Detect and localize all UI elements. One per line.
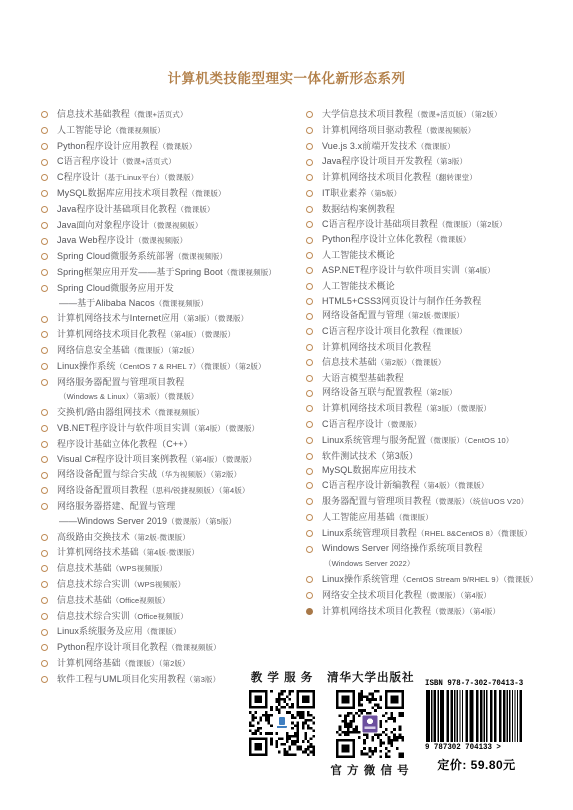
circle-bullet-icon	[306, 359, 313, 366]
book-title: Linux系统管理与服务配置（微课版）（CentOS 10）	[322, 433, 573, 449]
circle-bullet-icon	[41, 409, 48, 416]
edition-note: （微课版）	[201, 330, 235, 339]
edition-note: （第4版·微课版）	[139, 548, 199, 557]
book-title: 高级路由交换技术（第2版·微课版）	[57, 530, 305, 546]
edition-note: （微课版）	[130, 346, 168, 355]
book-list-item: Linux系统服务及应用（微课版）	[40, 624, 305, 640]
book-list-item: 网络设备配置与综合实战（华为视频版）（第2版）	[40, 467, 305, 483]
series-title: 计算机类技能型理实一体化新形态系列	[0, 67, 573, 87]
book-list-item: 程序设计基础立体化教程（C++）	[40, 437, 305, 452]
circle-bullet-icon	[306, 252, 313, 259]
edition-note: （微课版）	[422, 591, 460, 600]
book-list-item: C程序设计（基于Linux平台）（微课版）	[40, 170, 305, 186]
book-list-item: Python程序设计应用教程（微课版）	[40, 139, 305, 155]
publisher-label: 清华大学出版社	[327, 669, 413, 685]
circle-bullet-icon	[306, 206, 313, 213]
book-list-item: 网络设备配置与管理（第2版·微课版）	[305, 308, 573, 324]
book-title: Python程序设计项目化教程（微课视频版）	[57, 640, 305, 656]
book-title: 信息技术综合实训（WPS视频版）	[57, 577, 305, 593]
book-list-item: Linux系统管理与服务配置（微课版）（CentOS 10）	[305, 433, 573, 449]
edition-note: （微课版）	[177, 205, 215, 214]
book-list-item: Spring Cloud微服务应用开发——基于Alibaba Nacos（微课视…	[40, 281, 305, 312]
circle-bullet-icon	[41, 644, 48, 651]
edition-note: （第4版）	[460, 591, 491, 600]
edition-note: （第2版·微课版）	[130, 533, 190, 542]
book-list-item: IT职业素养（第5版）	[305, 186, 573, 202]
book-list-item: Python程序设计项目化教程（微课视频版）	[40, 640, 305, 656]
filled-bullet-icon	[306, 608, 313, 615]
book-list-item: Java面向对象程序设计（微课视频版）	[40, 218, 305, 234]
circle-bullet-icon	[306, 143, 313, 150]
book-list-item: 计算机网络技术项目化教程（第4版）（微课版）	[40, 327, 305, 343]
circle-bullet-icon	[306, 328, 313, 335]
circle-bullet-icon	[41, 159, 48, 166]
edition-note: （微课版）	[431, 607, 469, 616]
book-list-item: MySQL数据库应用技术项目教程（微课版）	[40, 186, 305, 202]
edition-note: （第2版）	[235, 362, 266, 371]
book-title: HTML5+CSS3网页设计与制作任务教程	[322, 294, 573, 309]
edition-note: （微课视频版）	[134, 236, 187, 245]
book-list-item: Java程序设计项目开发教程（第3版）	[305, 154, 573, 170]
edition-note: （微课版）	[200, 362, 234, 371]
circle-bullet-icon	[41, 534, 48, 541]
book-list-item: 数据结构案例教程	[305, 202, 573, 217]
book-title: 计算机网络技术项目教程（第3版）（微课版）	[322, 401, 573, 417]
circle-bullet-icon	[41, 565, 48, 572]
book-title: 信息技术基础（Office视频版）	[57, 593, 305, 609]
circle-bullet-icon	[41, 111, 48, 118]
book-title: 网络设备配置与管理（第2版·微课版）	[322, 308, 573, 324]
book-list-item: 信息技术基础（WPS视频版）	[40, 561, 305, 577]
book-title: 网络安全技术项目化教程（微课版）（第4版）	[322, 588, 573, 604]
book-title: 大语言模型基础教程	[322, 371, 573, 386]
book-title-continuation: （Windows Server 2022）	[322, 556, 573, 572]
isbn-number: ISBN 978-7-302-70413-3	[425, 679, 521, 688]
circle-bullet-icon	[41, 425, 48, 432]
book-title: C语言程序设计基础项目教程（微课版）（第2版）	[322, 217, 573, 233]
edition-note: （微课版）	[438, 220, 476, 229]
edition-note: （统信UOS V20）	[469, 497, 528, 506]
circle-bullet-icon	[306, 221, 313, 228]
circle-bullet-icon	[41, 206, 48, 213]
edition-note: （第3版）	[432, 157, 467, 166]
book-list-item: 计算机网络技术项目教程（第3版）（微课版）	[305, 401, 573, 417]
book-list-item: 网络信息安全基础（微课版）（第2版）	[40, 343, 305, 359]
edition-note: （微课版）	[429, 327, 467, 336]
circle-bullet-icon	[306, 237, 313, 244]
circle-bullet-icon	[306, 390, 313, 397]
circle-bullet-icon	[306, 298, 313, 305]
book-list-item: 信息技术综合实训（Office视频版）	[40, 609, 305, 625]
edition-note: （微课+活页版）	[413, 110, 471, 119]
edition-note: （微课版）	[431, 497, 469, 506]
book-list-item: 信息技术基础（Office视频版）	[40, 593, 305, 609]
circle-bullet-icon	[41, 347, 48, 354]
circle-bullet-icon	[41, 174, 48, 181]
book-list-item: C语言程序设计基础项目教程（微课版）（第2版）	[305, 217, 573, 233]
edition-note: （微课+活页式）	[118, 157, 176, 166]
circle-bullet-icon	[306, 190, 313, 197]
teaching-service-qr-code	[249, 690, 315, 756]
book-list-item: 高级路由交换技术（第2版·微课版）	[40, 530, 305, 546]
edition-note: （微课视频版）	[112, 126, 165, 135]
book-list-item: Java程序设计基础项目化教程（微课版）	[40, 202, 305, 218]
circle-bullet-icon	[306, 313, 313, 320]
circle-bullet-icon	[41, 190, 48, 197]
edition-note: （第2版）	[168, 346, 199, 355]
barcode-digits: 9 787302 704133 >	[425, 743, 521, 752]
edition-note: （微课版）	[383, 420, 421, 429]
circle-bullet-icon	[306, 592, 313, 599]
book-title: 程序设计基础立体化教程（C++）	[57, 437, 305, 452]
edition-note: （第4版）	[469, 607, 500, 616]
edition-note: （第3版）	[422, 404, 457, 413]
book-title: 计算机网络技术基础（第4版·微课版）	[57, 545, 305, 561]
edition-note: （CentOS Stream 9/RHEL 9）	[399, 575, 504, 584]
circle-bullet-icon	[41, 331, 48, 338]
edition-note: （微课版）	[426, 436, 464, 445]
book-title: 网络设备配置与综合实战（华为视频版）（第2版）	[57, 467, 305, 483]
circle-bullet-icon	[306, 530, 313, 537]
edition-note: （第2版）	[377, 358, 412, 367]
edition-note: （Windows & Linux）	[59, 392, 133, 401]
publisher-wechat-qr-code	[336, 690, 404, 758]
book-list-item: 人工智能技术概论	[305, 279, 573, 294]
book-list-columns: 信息技术基础教程（微课+活页式）人工智能导论（微课视频版）Python程序设计应…	[40, 107, 573, 687]
circle-bullet-icon	[41, 127, 48, 134]
book-title: 计算机网络技术项目化教程（第4版）（微课版）	[57, 327, 305, 343]
circle-bullet-icon	[306, 283, 313, 290]
edition-note: （第2版）	[471, 110, 502, 119]
book-title: 网络设备配置项目教程（思科/锐捷视频版）（第4版）	[57, 483, 305, 499]
circle-bullet-icon	[41, 269, 48, 276]
circle-bullet-icon	[41, 316, 48, 323]
edition-note: （微课版）	[395, 513, 433, 522]
edition-note: （第2版）	[422, 388, 457, 397]
circle-bullet-icon	[41, 379, 48, 386]
book-list-right: 大学信息技术项目教程（微课+活页版）（第2版）计算机网络项目驱动教程（微课视频版…	[305, 107, 573, 687]
edition-note: （Office视频版）	[130, 612, 188, 621]
book-list-item: 网络安全技术项目化教程（微课版）（第4版）	[305, 588, 573, 604]
book-title: VB.NET程序设计与软件项目实训（第4版）（微课版）	[57, 421, 305, 437]
book-list-item: 大语言模型基础教程	[305, 371, 573, 386]
book-list-item: 计算机网络技术项目化教程（翻转课堂）	[305, 170, 573, 186]
book-title: Java Web程序设计（微课视频版）	[57, 233, 305, 249]
teaching-service-label: 教 学 服 务	[243, 669, 321, 685]
book-title: Python程序设计应用教程（微课版）	[57, 139, 305, 155]
circle-bullet-icon	[306, 174, 313, 181]
circle-bullet-icon	[306, 344, 313, 351]
edition-note: （微课视频版）	[151, 408, 204, 417]
circle-bullet-icon	[306, 576, 313, 583]
circle-bullet-icon	[41, 629, 48, 636]
edition-note: （微课+活页式）	[130, 110, 188, 119]
edition-note: （微课版）	[222, 455, 256, 464]
edition-note: （微课版）	[158, 142, 196, 151]
book-title: Java程序设计项目开发教程（第3版）	[322, 154, 573, 170]
book-list-item: MySQL数据库应用技术	[305, 463, 573, 478]
book-title: 网络信息安全基础（微课版）（第2版）	[57, 343, 305, 359]
edition-note: （微课版）	[143, 627, 181, 636]
book-list-item: 信息技术综合实训（WPS视频版）	[40, 577, 305, 593]
book-list-item: Python程序设计立体化教程（微课版）	[305, 232, 573, 248]
circle-bullet-icon	[41, 363, 48, 370]
book-title-continuation: ——基于Alibaba Nacos（微课视频版）	[57, 296, 305, 312]
edition-note: （第4版）	[420, 481, 455, 490]
book-list-item: ASP.NET程序设计与软件项目实训（第4版）	[305, 263, 573, 279]
edition-note: （第2版）	[476, 220, 507, 229]
circle-bullet-icon	[41, 581, 48, 588]
book-list-item: HTML5+CSS3网页设计与制作任务教程	[305, 294, 573, 309]
book-title: Spring框架应用开发——基于Spring Boot（微课视频版）	[57, 265, 305, 281]
edition-note: （第4版）	[219, 486, 250, 495]
book-title: Linux操作系统管理（CentOS Stream 9/RHEL 9）（微课版）	[322, 572, 573, 588]
book-title: Visual C#程序设计项目案例教程（第4版）（微课版）	[57, 452, 305, 468]
book-title: 信息技术基础教程（微课+活页式）	[57, 107, 305, 123]
circle-bullet-icon	[41, 472, 48, 479]
book-title: 软件测试技术（第3版）	[322, 449, 573, 464]
book-list-item: 信息技术基础教程（微课+活页式）	[40, 107, 305, 123]
book-title: Windows Server 网络操作系统项目教程	[322, 541, 573, 556]
book-title: Linux操作系统（CentOS 7 & RHEL 7）（微课版）（第2版）	[57, 359, 305, 375]
circle-bullet-icon	[41, 441, 48, 448]
circle-bullet-icon	[306, 468, 313, 475]
book-list-item: C语言程序设计（微课版）	[305, 417, 573, 433]
book-title: Linux系统服务及应用（微课版）	[57, 624, 305, 640]
circle-bullet-icon	[41, 143, 48, 150]
edition-note: （第2版）	[210, 470, 241, 479]
edition-note: （微课版）	[214, 314, 248, 323]
book-title: MySQL数据库应用技术项目教程（微课版）	[57, 186, 305, 202]
circle-bullet-icon	[306, 267, 313, 274]
edition-note: （微课视频版）	[223, 268, 276, 277]
book-title: Spring Cloud微服务应用开发	[57, 281, 305, 296]
edition-note: （第4版）	[190, 424, 225, 433]
edition-note: （基于Linux平台）	[100, 173, 164, 182]
edition-note: （CentOS 10）	[464, 436, 513, 445]
book-title: Java面向对象程序设计（微课视频版）	[57, 218, 305, 234]
edition-note: （微课版）	[457, 404, 491, 413]
book-list-item: Spring Cloud微服务系统部署（微课视频版）	[40, 249, 305, 265]
circle-bullet-icon	[41, 503, 48, 510]
isbn-block: ISBN 978-7-302-70413-3 9 787302 704133 >…	[425, 679, 528, 773]
book-title: Vue.js 3.x前端开发技术（微课版）	[322, 139, 573, 155]
edition-note: （思科/锐捷视频版）	[148, 486, 219, 495]
book-list-item: 大学信息技术项目教程（微课+活页版）（第2版）	[305, 107, 573, 123]
edition-note: （微课版）	[225, 424, 259, 433]
circle-bullet-icon	[306, 437, 313, 444]
book-title: 人工智能导论（微课视频版）	[57, 123, 305, 139]
edition-note: （微课视频版）	[422, 126, 475, 135]
book-list-item: Visual C#程序设计项目案例教程（第4版）（微课版）	[40, 452, 305, 468]
book-title: 信息技术基础（WPS视频版）	[57, 561, 305, 577]
book-title: Spring Cloud微服务系统部署（微课视频版）	[57, 249, 305, 265]
edition-note: （WPS视频版）	[112, 564, 167, 573]
circle-bullet-icon	[306, 482, 313, 489]
book-list-item: 计算机网络技术项目化教程	[305, 340, 573, 355]
book-title: 网络服务器搭建、配置与管理	[57, 499, 305, 514]
book-list-item: 人工智能应用基础（微课版）	[305, 510, 573, 526]
book-list-item: 网络设备互联与配置教程（第2版）	[305, 385, 573, 401]
book-list-item: C语言程序设计新编教程（第4版）（微课版）	[305, 478, 573, 494]
book-list-item: 人工智能技术概论	[305, 248, 573, 263]
book-list-item: 网络服务器搭建、配置与管理——Windows Server 2019（微课版）（…	[40, 499, 305, 530]
book-list-item: 人工智能导论（微课视频版）	[40, 123, 305, 139]
book-list-left: 信息技术基础教程（微课+活页式）人工智能导论（微课视频版）Python程序设计应…	[40, 107, 305, 687]
book-list-item: Vue.js 3.x前端开发技术（微课版）	[305, 139, 573, 155]
circle-bullet-icon	[306, 159, 313, 166]
book-list-item: Linux操作系统（CentOS 7 & RHEL 7）（微课版）（第2版）	[40, 359, 305, 375]
edition-note: （微课版）	[121, 659, 159, 668]
book-title: 大学信息技术项目教程（微课+活页版）（第2版）	[322, 107, 573, 123]
teaching-service-qr-block: 教 学 服 务	[243, 669, 321, 756]
edition-note: （WPS视频版）	[130, 580, 185, 589]
book-title: C语言程序设计新编教程（第4版）（微课版）	[322, 478, 573, 494]
book-title: 人工智能技术概论	[322, 279, 573, 294]
book-list-item: 软件测试技术（第3版）	[305, 449, 573, 464]
book-title: C语言程序设计（微课版）	[322, 417, 573, 433]
book-title: ASP.NET程序设计与软件项目实训（第4版）	[322, 263, 573, 279]
circle-bullet-icon	[41, 613, 48, 620]
edition-note: （第5版）	[367, 189, 402, 198]
book-list-item: Windows Server 网络操作系统项目教程（Windows Server…	[305, 541, 573, 572]
edition-note: （翻转课堂）	[431, 173, 477, 182]
circle-bullet-icon	[306, 498, 313, 505]
book-title: 计算机网络技术项目化教程（微课版）（第4版）	[322, 604, 573, 620]
book-list-item: VB.NET程序设计与软件项目实训（第4版）（微课版）	[40, 421, 305, 437]
book-title: 网络服务器配置与管理项目教程	[57, 375, 305, 390]
edition-note: （第4版）	[460, 266, 495, 275]
book-title: 信息技术综合实训（Office视频版）	[57, 609, 305, 625]
book-list-item: Linux操作系统管理（CentOS Stream 9/RHEL 9）（微课版）	[305, 572, 573, 588]
book-list-item: Linux系统管理项目教程（RHEL 8&CentOS 8）（微课版）	[305, 526, 573, 542]
book-title: 网络设备互联与配置教程（第2版）	[322, 385, 573, 401]
edition-note: （第4版）	[166, 330, 201, 339]
edition-note: （微课版）	[454, 481, 488, 490]
circle-bullet-icon	[41, 487, 48, 494]
edition-note: （第5版）	[205, 517, 236, 526]
book-list-item: C语言程序设计项目化教程（微课版）	[305, 324, 573, 340]
book-list-item: 服务器配置与管理项目教程（微课版）（统信UOS V20）	[305, 494, 573, 510]
book-list-item: C语言程序设计（微课+活页式）	[40, 154, 305, 170]
isbn-barcode	[425, 690, 525, 742]
circle-bullet-icon	[306, 111, 313, 118]
edition-note: （第4版）	[187, 455, 222, 464]
book-list-item: 计算机网络技术基础（第4版·微课版）	[40, 545, 305, 561]
book-title: 数据结构案例教程	[322, 202, 573, 217]
book-list-item: 信息技术基础（第2版）（微课版）	[305, 355, 573, 371]
edition-note: （微课视频版）	[174, 252, 227, 261]
circle-bullet-icon	[306, 405, 313, 412]
book-title: Python程序设计立体化教程（微课版）	[322, 232, 573, 248]
book-list-item: 计算机网络技术与Internet应用（第3版）（微课版）	[40, 311, 305, 327]
circle-bullet-icon	[41, 222, 48, 229]
book-back-cover: 计算机类技能型理实一体化新形态系列 信息技术基础教程（微课+活页式）人工智能导论…	[0, 0, 573, 810]
book-title: IT职业素养（第5版）	[322, 186, 573, 202]
edition-note: （第3版）	[133, 392, 164, 401]
book-title-continuation: ——Windows Server 2019（微课版）（第5版）	[57, 514, 305, 530]
edition-note: （微课视频版）	[149, 221, 202, 230]
circle-bullet-icon	[41, 456, 48, 463]
edition-note: （微课版）	[433, 235, 471, 244]
edition-note: （第2版·微课版）	[404, 311, 464, 320]
circle-bullet-icon	[41, 550, 48, 557]
book-title: 计算机网络技术项目化教程（翻转课堂）	[322, 170, 573, 186]
circle-bullet-icon	[41, 676, 48, 683]
edition-note: （微课版）	[164, 392, 198, 401]
edition-note: （RHEL 8&CentOS 8）	[417, 529, 498, 538]
edition-note: （第2版）	[159, 659, 190, 668]
circle-bullet-icon	[41, 253, 48, 260]
circle-bullet-icon	[306, 546, 313, 553]
publisher-qr-block: 清华大学出版社 官 方 微 信 号	[327, 669, 413, 778]
book-title: C语言程序设计（微课+活页式）	[57, 154, 305, 170]
circle-bullet-icon	[306, 453, 313, 460]
book-list-item: Java Web程序设计（微课视频版）	[40, 233, 305, 249]
edition-note: （微课版）	[417, 142, 455, 151]
edition-note: （Windows Server 2022）	[324, 559, 414, 568]
edition-note: （华为视频版）	[157, 470, 210, 479]
book-title: 人工智能技术概论	[322, 248, 573, 263]
book-title: C语言程序设计项目化教程（微课版）	[322, 324, 573, 340]
book-list-item: 计算机网络技术项目化教程（微课版）（第4版）	[305, 604, 573, 620]
price-label: 定价: 59.80元	[425, 756, 528, 773]
circle-bullet-icon	[306, 375, 313, 382]
edition-note: （微课视频版）	[168, 643, 221, 652]
book-list-item: 网络设备配置项目教程（思科/锐捷视频版）（第4版）	[40, 483, 305, 499]
circle-bullet-icon	[41, 285, 48, 292]
edition-note: （Office视频版）	[112, 596, 170, 605]
book-title: C程序设计（基于Linux平台）（微课版）	[57, 170, 305, 186]
edition-note: （微课版）	[497, 529, 531, 538]
book-list-item: 交换机/路由器组网技术（微课视频版）	[40, 405, 305, 421]
circle-bullet-icon	[306, 514, 313, 521]
edition-note: （微课版）	[164, 173, 198, 182]
circle-bullet-icon	[306, 127, 313, 134]
book-title: 人工智能应用基础（微课版）	[322, 510, 573, 526]
edition-note: （CentOS 7 & RHEL 7）	[115, 362, 200, 371]
book-title: 计算机网络技术与Internet应用（第3版）（微课版）	[57, 311, 305, 327]
book-title-continuation: （Windows & Linux）（第3版）（微课版）	[57, 389, 305, 405]
book-title: Java程序设计基础项目化教程（微课版）	[57, 202, 305, 218]
edition-note: （微课版）	[411, 358, 445, 367]
book-title: 信息技术基础（第2版）（微课版）	[322, 355, 573, 371]
book-title: 交换机/路由器组网技术（微课视频版）	[57, 405, 305, 421]
official-wechat-label: 官 方 微 信 号	[327, 762, 413, 778]
book-list-item: Spring框架应用开发——基于Spring Boot（微课视频版）	[40, 265, 305, 281]
edition-note: （第3版）	[179, 314, 214, 323]
circle-bullet-icon	[306, 421, 313, 428]
book-list-item: 网络服务器配置与管理项目教程（Windows & Linux）（第3版）（微课版…	[40, 375, 305, 406]
edition-note: （微课视频版）	[155, 299, 208, 308]
edition-note: （微课版）	[188, 189, 226, 198]
edition-note: （微课版）	[167, 517, 205, 526]
book-title: MySQL数据库应用技术	[322, 463, 573, 478]
circle-bullet-icon	[41, 597, 48, 604]
book-title: 计算机网络技术项目化教程	[322, 340, 573, 355]
edition-note: （第3版）	[186, 675, 221, 684]
circle-bullet-icon	[41, 660, 48, 667]
edition-note: （微课版）	[503, 575, 537, 584]
book-list-item: 计算机网络项目驱动教程（微课视频版）	[305, 123, 573, 139]
book-title: 计算机网络项目驱动教程（微课视频版）	[322, 123, 573, 139]
circle-bullet-icon	[41, 238, 48, 245]
book-title: Linux系统管理项目教程（RHEL 8&CentOS 8）（微课版）	[322, 526, 573, 542]
book-title: 服务器配置与管理项目教程（微课版）（统信UOS V20）	[322, 494, 573, 510]
